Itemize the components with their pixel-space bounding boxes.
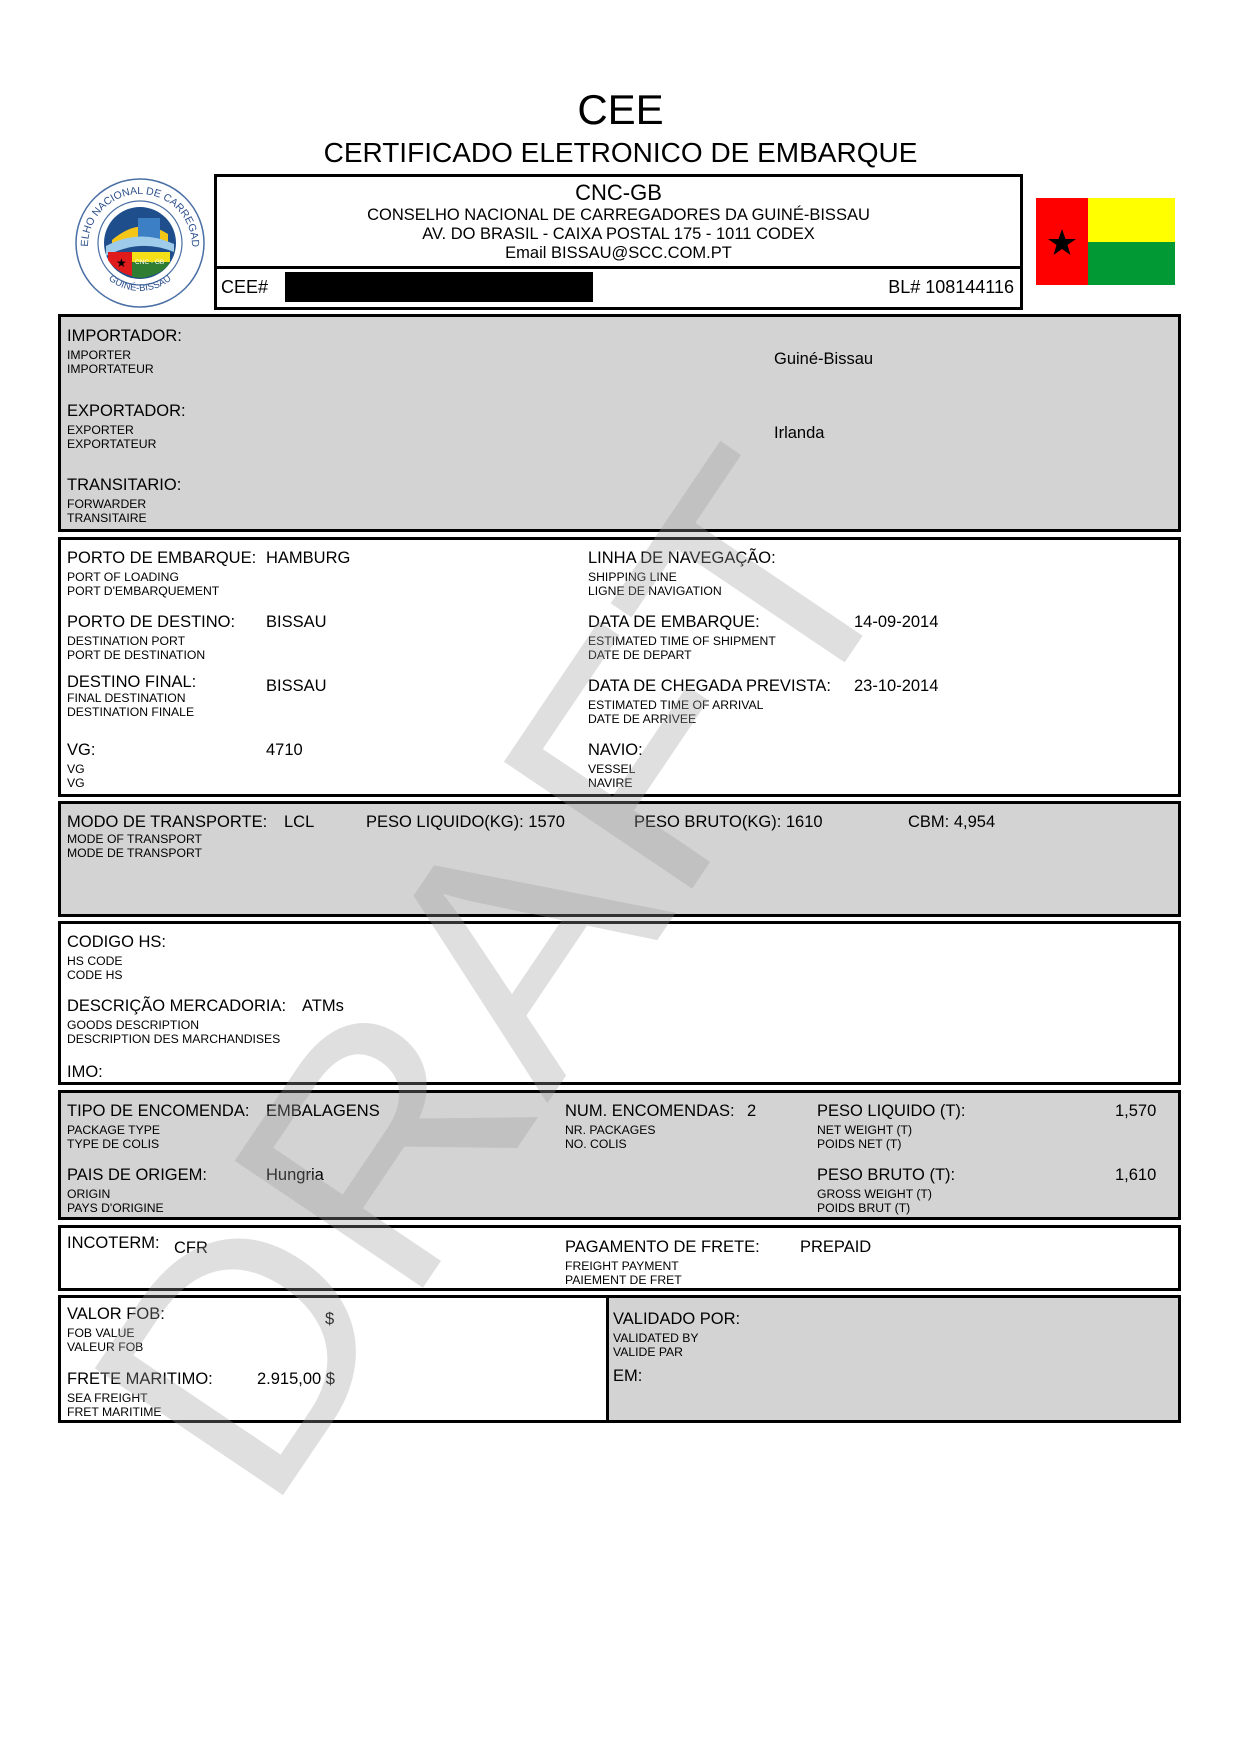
net-weight-t-fr: POIDS NET (T) bbox=[817, 1137, 901, 1152]
sea-freight-value: 2.915,00 $ bbox=[257, 1370, 335, 1389]
vessel-en: VESSEL bbox=[588, 762, 635, 777]
exporter-en: EXPORTER bbox=[67, 423, 134, 438]
guinea-bissau-flag-icon bbox=[1036, 198, 1175, 285]
cee-label: CEE# bbox=[221, 277, 268, 298]
transport-mode-en: MODE OF TRANSPORT bbox=[67, 832, 202, 847]
forwarder-fr: TRANSITAIRE bbox=[67, 511, 147, 526]
incoterm-label: INCOTERM: bbox=[67, 1234, 160, 1253]
final-destination-value: BISSAU bbox=[266, 677, 327, 696]
bl-number: BL# 108144116 bbox=[888, 277, 1014, 298]
document-title: CEE bbox=[0, 86, 1241, 134]
shipment-date-value: 14-09-2014 bbox=[854, 613, 938, 632]
origin-value: Hungria bbox=[266, 1166, 324, 1185]
freight-payment-label: PAGAMENTO DE FRETE: bbox=[565, 1238, 760, 1257]
vg-fr: VG bbox=[67, 776, 85, 791]
vessel-label: NAVIO: bbox=[588, 741, 643, 760]
net-weight-t-en: NET WEIGHT (T) bbox=[817, 1123, 912, 1138]
port-destination-value: BISSAU bbox=[266, 613, 327, 632]
shipping-line-fr: LIGNE DE NAVIGATION bbox=[588, 584, 722, 599]
transport-section: MODO DE TRANSPORTE: MODE OF TRANSPORT MO… bbox=[58, 801, 1181, 917]
forwarder-label: TRANSITARIO: bbox=[67, 476, 181, 495]
port-loading-label: PORTO DE EMBARQUE: bbox=[67, 549, 256, 568]
arrival-date-fr: DATE DE ARRIVEE bbox=[588, 712, 696, 727]
vg-en: VG bbox=[67, 762, 85, 777]
org-address: AV. DO BRASIL - CAIXA POSTAL 175 - 1011 … bbox=[217, 225, 1020, 244]
parties-section: IMPORTADOR: IMPORTER IMPORTATEUR Guiné-B… bbox=[58, 314, 1181, 532]
terms-section: INCOTERM: CFR PAGAMENTO DE FRETE: FREIGH… bbox=[58, 1225, 1181, 1291]
port-loading-value: HAMBURG bbox=[266, 549, 350, 568]
fob-value: $ bbox=[325, 1310, 334, 1329]
origin-fr: PAYS D'ORIGINE bbox=[67, 1201, 164, 1216]
vg-label: VG: bbox=[67, 741, 95, 760]
hs-code-en: HS CODE bbox=[67, 954, 123, 969]
freight-payment-fr: PAIEMENT DE FRET bbox=[565, 1273, 682, 1288]
forwarder-en: FORWARDER bbox=[67, 497, 146, 512]
shipping-line-label: LINHA DE NAVEGAÇÃO: bbox=[588, 549, 776, 568]
hs-code-label: CODIGO HS: bbox=[67, 933, 166, 952]
importer-value: Guiné-Bissau bbox=[774, 350, 873, 369]
package-type-label: TIPO DE ENCOMENDA: bbox=[67, 1102, 249, 1121]
package-type-value: EMBALAGENS bbox=[266, 1102, 380, 1121]
package-count-en: NR. PACKAGES bbox=[565, 1123, 656, 1138]
shipping-line-en: SHIPPING LINE bbox=[588, 570, 677, 585]
net-weight-t-label: PESO LIQUIDO (T): bbox=[817, 1102, 966, 1121]
port-loading-fr: PORT D'EMBARQUEMENT bbox=[67, 584, 219, 599]
vg-value: 4710 bbox=[266, 741, 303, 760]
final-destination-en: FINAL DESTINATION bbox=[67, 691, 186, 706]
vessel-fr: NAVIRE bbox=[588, 776, 632, 791]
freight-payment-value: PREPAID bbox=[800, 1238, 871, 1257]
em-label: EM: bbox=[613, 1367, 642, 1386]
port-destination-en: DESTINATION PORT bbox=[67, 634, 185, 649]
sea-freight-label: FRETE MARITIMO: bbox=[67, 1370, 213, 1389]
exporter-fr: EXPORTATEUR bbox=[67, 437, 156, 452]
arrival-date-value: 23-10-2014 bbox=[854, 677, 938, 696]
organization-header: CNC-GB CONSELHO NACIONAL DE CARREGADORES… bbox=[214, 174, 1023, 269]
importer-en: IMPORTER bbox=[67, 348, 131, 363]
net-weight-t-value: 1,570 bbox=[1115, 1102, 1156, 1121]
package-count-label: NUM. ENCOMENDAS: bbox=[565, 1102, 735, 1121]
arrival-date-en: ESTIMATED TIME OF ARRIVAL bbox=[588, 698, 763, 713]
svg-text:CNC - GB: CNC - GB bbox=[135, 259, 164, 266]
org-name: CONSELHO NACIONAL DE CARREGADORES DA GUI… bbox=[217, 206, 1020, 225]
values-section: VALOR FOB: FOB VALUE VALEUR FOB $ FRETE … bbox=[58, 1295, 1181, 1423]
freight-payment-en: FREIGHT PAYMENT bbox=[565, 1259, 679, 1274]
gross-weight-t-fr: POIDS BRUT (T) bbox=[817, 1201, 910, 1216]
validated-by-en: VALIDATED BY bbox=[613, 1331, 699, 1346]
route-section: PORTO DE EMBARQUE: PORT OF LOADING PORT … bbox=[58, 537, 1181, 797]
final-destination-label: DESTINO FINAL: bbox=[67, 673, 196, 692]
package-count-fr: NO. COLIS bbox=[565, 1137, 627, 1152]
goods-description-value: ATMs bbox=[302, 997, 344, 1016]
section-divider bbox=[606, 1298, 609, 1420]
transport-mode-fr: MODE DE TRANSPORT bbox=[67, 846, 202, 861]
sea-freight-en: SEA FREIGHT bbox=[67, 1391, 148, 1406]
fob-label: VALOR FOB: bbox=[67, 1305, 165, 1324]
org-code: CNC-GB bbox=[217, 180, 1020, 206]
gross-weight-kg: PESO BRUTO(KG): 1610 bbox=[634, 813, 823, 832]
fob-en: FOB VALUE bbox=[67, 1326, 135, 1341]
exporter-label: EXPORTADOR: bbox=[67, 402, 186, 421]
gross-weight-t-en: GROSS WEIGHT (T) bbox=[817, 1187, 932, 1202]
net-weight-kg: PESO LIQUIDO(KG): 1570 bbox=[366, 813, 565, 832]
hs-code-fr: CODE HS bbox=[67, 968, 123, 983]
packages-section: TIPO DE ENCOMENDA: PACKAGE TYPE TYPE DE … bbox=[58, 1090, 1181, 1220]
gross-weight-t-value: 1,610 bbox=[1115, 1166, 1156, 1185]
shipment-date-label: DATA DE EMBARQUE: bbox=[588, 613, 760, 632]
org-email: Email BISSAU@SCC.COM.PT bbox=[217, 244, 1020, 263]
arrival-date-label: DATA DE CHEGADA PREVISTA: bbox=[588, 677, 831, 696]
incoterm-value: CFR bbox=[174, 1239, 208, 1258]
cnc-gb-logo: CONSELHO NACIONAL DE CARREGADORES GUINÉ-… bbox=[72, 176, 208, 310]
shipment-date-en: ESTIMATED TIME OF SHIPMENT bbox=[588, 634, 776, 649]
port-loading-en: PORT OF LOADING bbox=[67, 570, 179, 585]
port-destination-label: PORTO DE DESTINO: bbox=[67, 613, 235, 632]
cbm-value: CBM: 4,954 bbox=[908, 813, 995, 832]
validated-by-fr: VALIDE PAR bbox=[613, 1345, 683, 1360]
validated-by-label: VALIDADO POR: bbox=[613, 1310, 740, 1329]
exporter-value: Irlanda bbox=[774, 424, 824, 443]
cee-bl-row: CEE# BL# 108144116 bbox=[214, 268, 1023, 310]
sea-freight-fr: FRET MARITIME bbox=[67, 1405, 162, 1420]
origin-en: ORIGIN bbox=[67, 1187, 110, 1202]
transport-mode-label: MODO DE TRANSPORTE: bbox=[67, 813, 267, 832]
port-destination-fr: PORT DE DESTINATION bbox=[67, 648, 205, 663]
goods-description-fr: DESCRIPTION DES MARCHANDISES bbox=[67, 1032, 280, 1047]
importer-fr: IMPORTATEUR bbox=[67, 362, 154, 377]
package-count-value: 2 bbox=[747, 1102, 756, 1121]
package-type-en: PACKAGE TYPE bbox=[67, 1123, 160, 1138]
imo-label: IMO: bbox=[67, 1063, 103, 1082]
fob-fr: VALEUR FOB bbox=[67, 1340, 143, 1355]
transport-mode-value: LCL bbox=[284, 813, 314, 832]
gross-weight-t-label: PESO BRUTO (T): bbox=[817, 1166, 955, 1185]
goods-description-en: GOODS DESCRIPTION bbox=[67, 1018, 199, 1033]
goods-description-label: DESCRIÇÃO MERCADORIA: bbox=[67, 997, 286, 1016]
importer-label: IMPORTADOR: bbox=[67, 327, 182, 346]
cee-number-redacted bbox=[285, 272, 593, 302]
shipment-date-fr: DATE DE DEPART bbox=[588, 648, 692, 663]
origin-label: PAIS DE ORIGEM: bbox=[67, 1166, 207, 1185]
goods-section: CODIGO HS: HS CODE CODE HS DESCRIÇÃO MER… bbox=[58, 921, 1181, 1085]
svg-text:★: ★ bbox=[116, 256, 127, 270]
document-subtitle: CERTIFICADO ELETRONICO DE EMBARQUE bbox=[0, 137, 1241, 169]
package-type-fr: TYPE DE COLIS bbox=[67, 1137, 159, 1152]
final-destination-fr: DESTINATION FINALE bbox=[67, 705, 194, 720]
